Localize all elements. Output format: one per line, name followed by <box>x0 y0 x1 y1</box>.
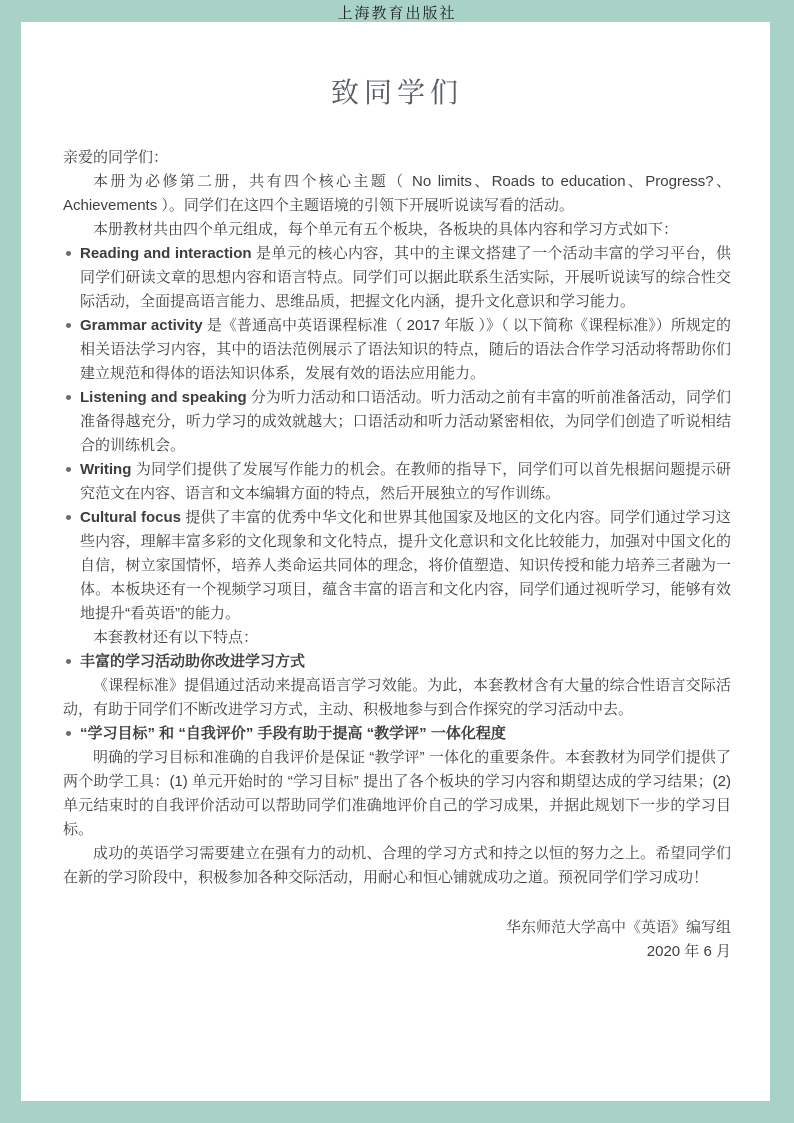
module-item-grammar: Grammar activity 是《普通高中英语课程标准（ 2017 年版 ）… <box>63 314 731 386</box>
module-item-listening-speaking: Listening and speaking 分为听力活动和口语活动。听力活动之… <box>63 386 731 458</box>
module-item-cultural-focus: Cultural focus 提供了丰富的优秀中华文化和世界其他国家及地区的文化… <box>63 506 731 626</box>
feature-body-goals-evaluation: 明确的学习目标和准确的自我评价是保证 “教学评” 一体化的重要条件。本套教材为同… <box>63 746 731 842</box>
page-title: 致同学们 <box>63 71 731 111</box>
salutation: 亲爱的同学们： <box>63 146 731 170</box>
feature-body-activities: 《课程标准》提倡通过活动来提高语言学习效能。为此，本套教材含有大量的综合性语言交… <box>63 674 731 722</box>
module-item-writing: Writing 为同学们提供了发展写作能力的机会。在教师的指导下，同学们可以首先… <box>63 458 731 506</box>
module-text: 为同学们提供了发展写作能力的机会。在教师的指导下，同学们可以首先根据问题提示研究… <box>80 461 731 502</box>
feature-heading-activities: 丰富的学习活动助你改进学习方式 <box>63 650 731 674</box>
signature-date: 2020 年 6 月 <box>63 940 731 964</box>
signature: 华东师范大学高中《英语》编写组 <box>63 916 731 940</box>
module-lead: Grammar activity <box>80 317 203 334</box>
signoff-block: 华东师范大学高中《英语》编写组 2020 年 6 月 <box>63 916 731 964</box>
module-lead: Cultural focus <box>80 509 181 526</box>
features-intro: 本套教材还有以下特点： <box>63 626 731 650</box>
document-page: 致同学们 亲爱的同学们： 本册为必修第二册，共有四个核心主题（ No limit… <box>21 22 770 1101</box>
feature-list: 丰富的学习活动助你改进学习方式 <box>63 650 731 674</box>
intro-paragraph-1: 本册为必修第二册，共有四个核心主题（ No limits、Roads to ed… <box>63 170 731 218</box>
module-lead: Writing <box>80 461 131 478</box>
feature-list-2: “学习目标” 和 “自我评价” 手段有助于提高 “教学评” 一体化程度 <box>63 722 731 746</box>
publisher-header: 上海教育出版社 <box>0 2 794 23</box>
page-content: 亲爱的同学们： 本册为必修第二册，共有四个核心主题（ No limits、Roa… <box>63 146 731 964</box>
closing-paragraph: 成功的英语学习需要建立在强有力的动机、合理的学习方式和持之以恒的努力之上。希望同… <box>63 842 731 890</box>
feature-heading-goals-evaluation: “学习目标” 和 “自我评价” 手段有助于提高 “教学评” 一体化程度 <box>63 722 731 746</box>
module-item-reading: Reading and interaction 是单元的核心内容，其中的主课文搭… <box>63 242 731 314</box>
module-list: Reading and interaction 是单元的核心内容，其中的主课文搭… <box>63 242 731 626</box>
module-lead: Reading and interaction <box>80 245 252 262</box>
intro-paragraph-2: 本册教材共由四个单元组成，每个单元有五个板块，各板块的具体内容和学习方式如下： <box>63 218 731 242</box>
module-lead: Listening and speaking <box>80 389 247 406</box>
